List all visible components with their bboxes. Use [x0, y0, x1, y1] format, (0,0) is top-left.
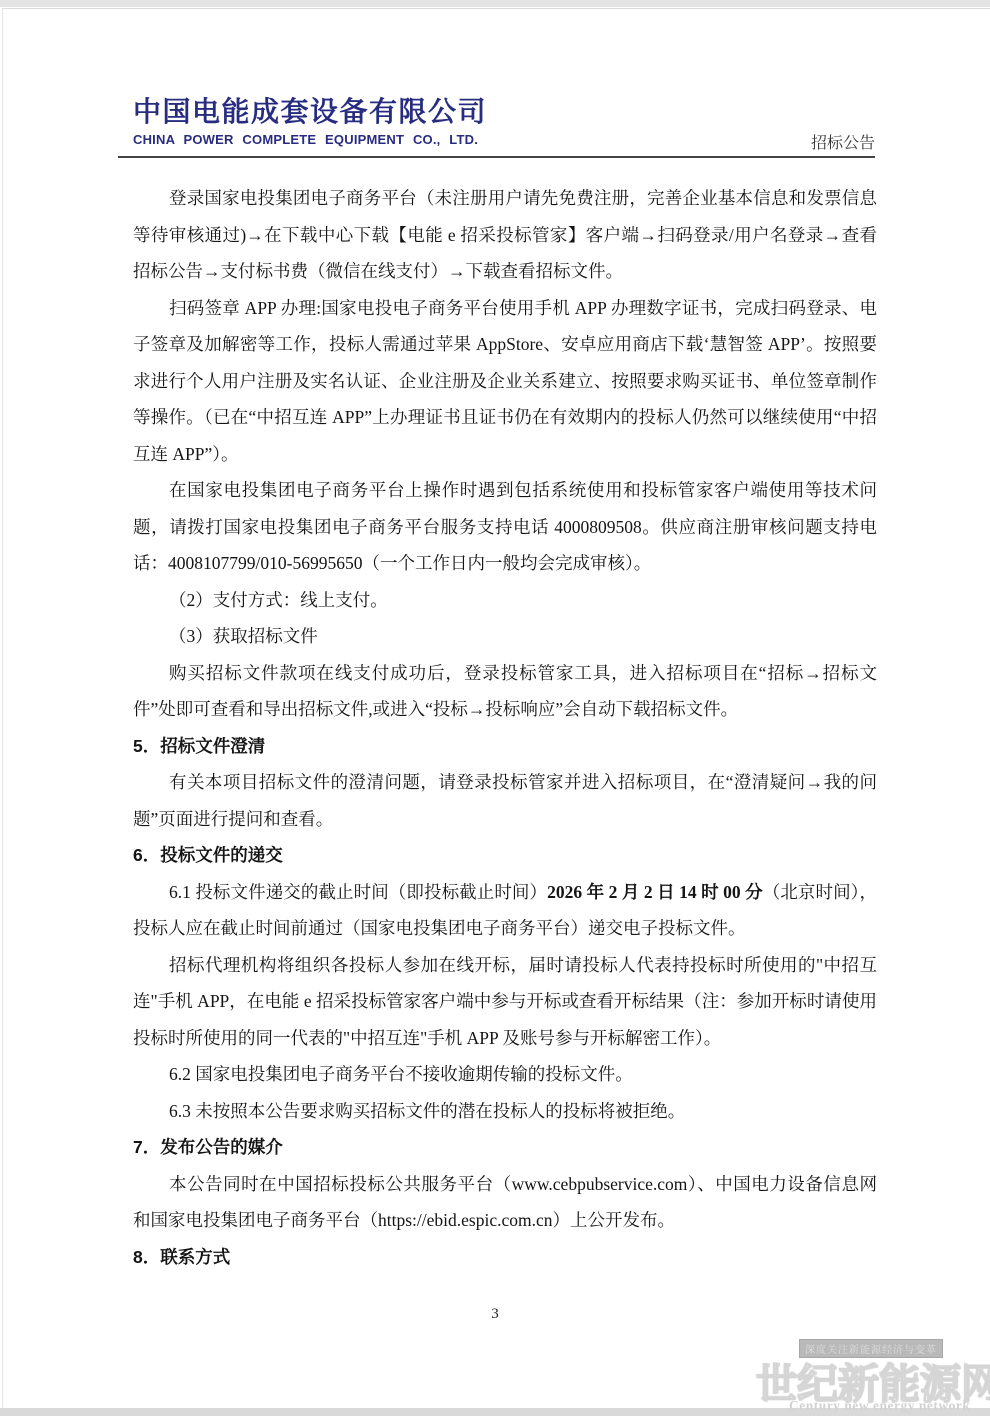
watermark-site-subtitle: Century new energy network — [789, 1398, 970, 1414]
document-page: 中国电能成套设备有限公司 CHINA POWER COMPLETE EQUIPM… — [0, 0, 990, 1416]
header-divider — [118, 156, 875, 158]
paragraph-purchase-documents: 购买招标文件款项在线支付成功后，登录投标管家工具，进入招标项目在“招标→招标文件… — [133, 655, 877, 728]
doc-type-label: 招标公告 — [577, 130, 875, 153]
list-item-obtain-documents: （3）获取招标文件 — [133, 618, 877, 655]
site-watermark: 深度关注新能源经济与变革 世纪新能源网 Century new energy n… — [755, 1332, 990, 1416]
page-number: 3 — [0, 1306, 990, 1323]
company-logo: 中国电能成套设备有限公司 CHINA POWER COMPLETE EQUIPM… — [133, 94, 487, 147]
paragraph-clarification: 有关本项目招标文件的澄清问题，请登录投标管家并进入招标项目，在“澄清疑问→我的问… — [133, 764, 877, 837]
list-item-payment-method: （2）支付方式：线上支付。 — [133, 582, 877, 619]
paragraph-late-submission: 6.2 国家电投集团电子商务平台不接收逾期传输的投标文件。 — [133, 1056, 877, 1093]
company-name-en: CHINA POWER COMPLETE EQUIPMENT CO., LTD. — [133, 132, 487, 147]
paragraph-rejection-rule: 6.3 未按照本公告要求购买招标文件的潜在投标人的投标将被拒绝。 — [133, 1093, 877, 1130]
paragraph-platform-login: 登录国家电投集团电子商务平台（未注册用户请先免费注册，完善企业基本信息和发票信息… — [133, 180, 877, 290]
section-heading-5-clarification: 5．招标文件澄清 — [133, 728, 877, 765]
section-heading-8-contact: 8．联系方式 — [133, 1239, 877, 1276]
paragraph-publication-media: 本公告同时在中国招标投标公共服务平台（www.cebpubservice.com… — [133, 1166, 877, 1239]
document-body: 登录国家电投集团电子商务平台（未注册用户请先免费注册，完善企业基本信息和发票信息… — [133, 180, 877, 1275]
page-top-edge — [0, 0, 990, 7]
paragraph-online-bid-opening: 招标代理机构将组织各投标人参加在线开标，届时请投标人代表持投标时所使用的"中招互… — [133, 947, 877, 1057]
deadline-text-pre: 6.1 投标文件递交的截止时间（即投标截止时间） — [169, 882, 547, 902]
paragraph-signature-app: 扫码签章 APP 办理:国家电投电子商务平台使用手机 APP 办理数字证书，完成… — [133, 290, 877, 473]
paragraph-submission-deadline: 6.1 投标文件递交的截止时间（即投标截止时间）2026 年 2 月 2 日 1… — [133, 874, 877, 947]
deadline-datetime: 2026 年 2 月 2 日 14 时 00 分 — [547, 882, 763, 902]
section-heading-7-media: 7．发布公告的媒介 — [133, 1129, 877, 1166]
paragraph-support-hotline: 在国家电投集团电子商务平台上操作时遇到包括系统使用和投标管家客户端使用等技术问题… — [133, 472, 877, 582]
company-name-zh: 中国电能成套设备有限公司 — [133, 94, 487, 129]
section-heading-6-submission: 6．投标文件的递交 — [133, 837, 877, 874]
